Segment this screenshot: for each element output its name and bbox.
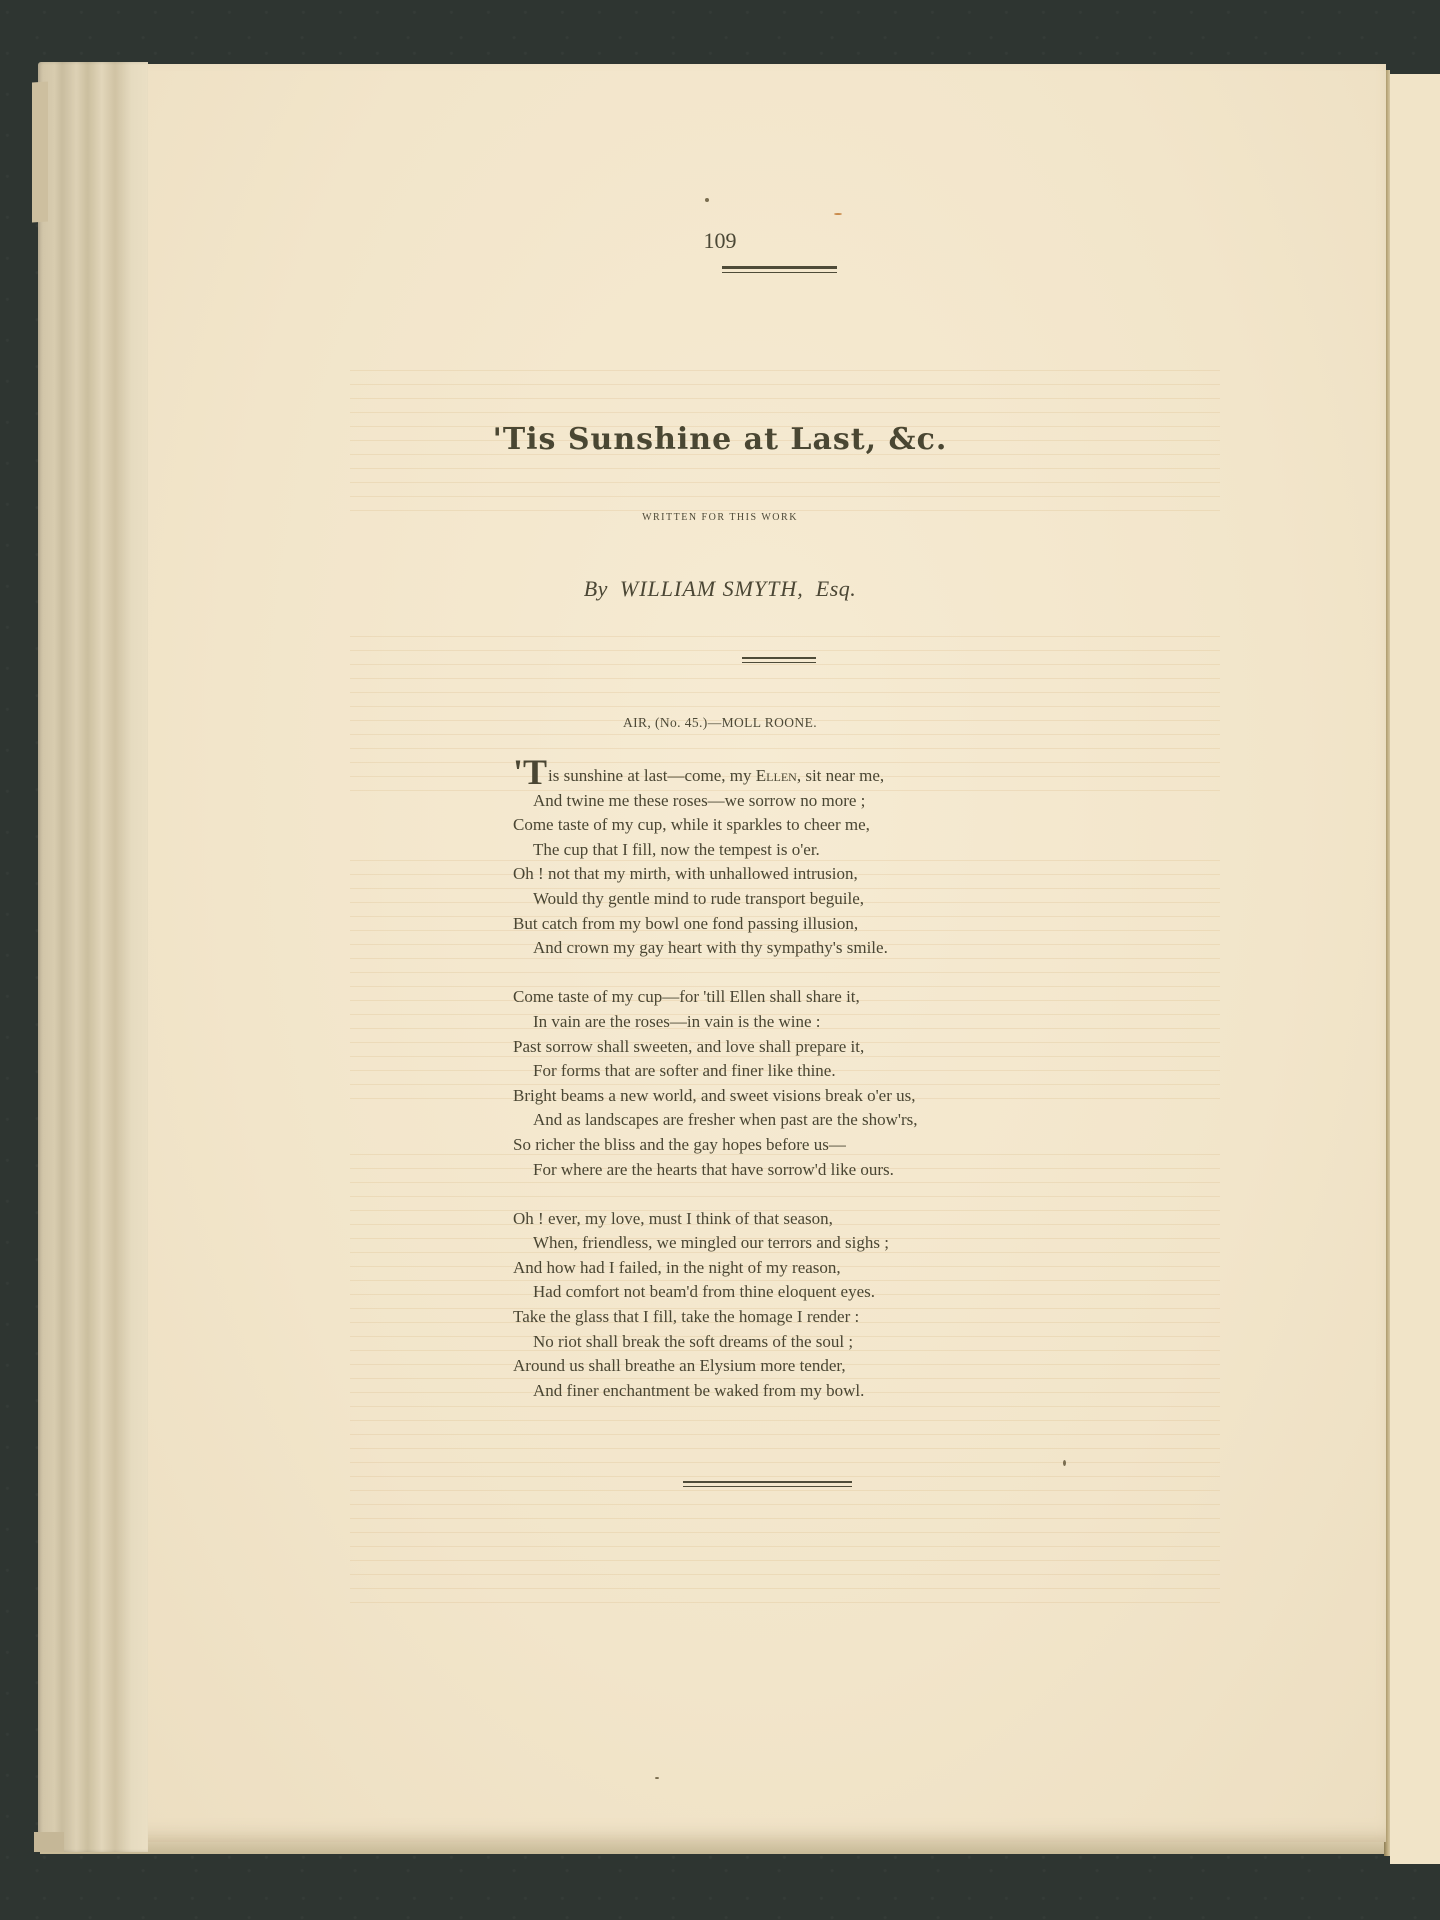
poem-line: And crown my gay heart with thy sympathy… xyxy=(513,936,1033,961)
poem-line: For forms that are softer and finer like… xyxy=(513,1059,1033,1084)
poem-line: For where are the hearts that have sorro… xyxy=(513,1158,1033,1183)
footer-rule xyxy=(683,1481,852,1487)
poem-line: And twine me these roses—we sorrow no mo… xyxy=(513,789,1033,814)
air-heading: AIR, (No. 45.)—MOLL ROONE. xyxy=(0,715,1440,731)
stanza-3: Oh ! ever, my love, must I think of that… xyxy=(513,1207,1033,1404)
poem-line: Come taste of my cup—for 'till Ellen sha… xyxy=(513,985,1033,1010)
paper-speck xyxy=(655,1777,659,1779)
poem-line: No riot shall break the soft dreams of t… xyxy=(513,1330,1033,1355)
poem-line: So richer the bliss and the gay hopes be… xyxy=(513,1133,1033,1158)
paper-speck xyxy=(834,213,842,215)
poem-line: Come taste of my cup, while it sparkles … xyxy=(513,813,1033,838)
header-rule xyxy=(722,266,837,273)
poem-line: Had comfort not beam'd from thine eloque… xyxy=(513,1280,1033,1305)
stanza-2: Come taste of my cup—for 'till Ellen sha… xyxy=(513,985,1033,1182)
poem-line: But catch from my bowl one fond passing … xyxy=(513,912,1033,937)
subtitle: WRITTEN FOR THIS WORK xyxy=(0,512,1440,523)
section-rule xyxy=(742,657,816,663)
facing-page-edge xyxy=(1390,74,1440,1864)
poem-line: And how had I failed, in the night of my… xyxy=(513,1256,1033,1281)
poem-line: And as landscapes are fresher when past … xyxy=(513,1108,1033,1133)
poem-line: Oh ! not that my mirth, with unhallowed … xyxy=(513,862,1033,887)
paper-speck xyxy=(705,198,709,202)
poem-line: Would thy gentle mind to rude transport … xyxy=(513,887,1033,912)
stanza-1: 'Tis sunshine at last—come, my Ellen, si… xyxy=(513,762,1033,961)
poem-line: Take the glass that I fill, take the hom… xyxy=(513,1305,1033,1330)
poem-line: In vain are the roses—in vain is the win… xyxy=(513,1010,1033,1035)
page-number: 109 xyxy=(0,228,1440,254)
poem-line: Bright beams a new world, and sweet visi… xyxy=(513,1084,1033,1109)
paper-speck xyxy=(1063,1460,1066,1466)
page-title: 'Tis Sunshine at Last, &c. xyxy=(0,422,1440,457)
byline-prefix: By xyxy=(584,576,608,601)
poem-line: Around us shall breathe an Elysium more … xyxy=(513,1354,1033,1379)
byline-suffix: Esq. xyxy=(816,576,857,601)
poem-line: Past sorrow shall sweeten, and love shal… xyxy=(513,1035,1033,1060)
frayed-page-edges xyxy=(38,62,148,1852)
poem-line: The cup that I fill, now the tempest is … xyxy=(513,838,1033,863)
author-name: WILLIAM SMYTH, xyxy=(620,576,804,601)
byline: By WILLIAM SMYTH, Esq. xyxy=(0,576,1440,602)
drop-cap: 'T xyxy=(513,752,547,792)
poem-line: Oh ! ever, my love, must I think of that… xyxy=(513,1207,1033,1232)
poem: 'Tis sunshine at last—come, my Ellen, si… xyxy=(513,762,1033,1428)
poem-line-first: 'Tis sunshine at last—come, my Ellen, si… xyxy=(513,762,1033,789)
poem-line: When, friendless, we mingled our terrors… xyxy=(513,1231,1033,1256)
poem-line: And finer enchantment be waked from my b… xyxy=(513,1379,1033,1404)
